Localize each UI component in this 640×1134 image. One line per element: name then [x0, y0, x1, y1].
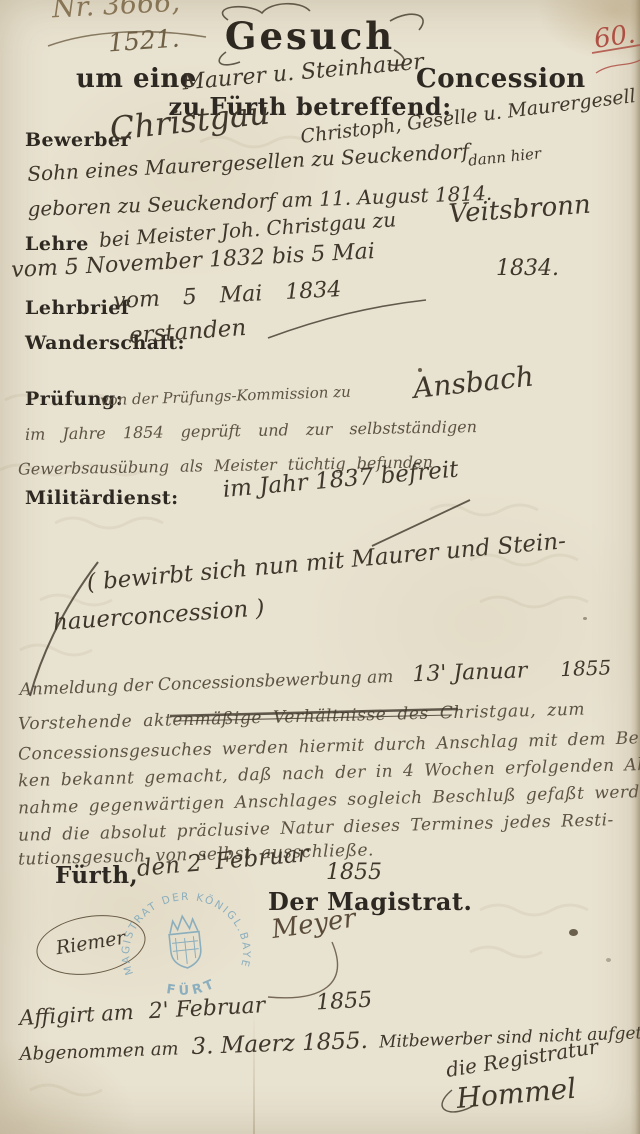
announcement-body-line: Vorstehende aktenmäßige Verhältnisse des…: [18, 700, 586, 735]
issue-year: 1855: [326, 860, 382, 885]
label-militaerdienst: Militärdienst:: [25, 487, 179, 509]
affixed-date: 2' Februar: [148, 993, 266, 1024]
applicant-surname: Christgau: [108, 93, 271, 148]
announcement-year: 1855: [560, 655, 612, 681]
lehre-period-year: 1834.: [496, 256, 559, 281]
pruefung-place: Ansbach: [412, 360, 536, 405]
ink-spot: [569, 929, 578, 936]
folio-mark: 60.: [592, 19, 637, 54]
ink-spot: [418, 368, 422, 372]
announcement-date: 13' Januar: [412, 658, 528, 687]
stamp-coat-of-arms: [167, 915, 202, 970]
removed-label: Abgenommen am: [19, 1038, 179, 1065]
announcement-registration: Anmeldung der Concessionsbewerbung am: [19, 667, 393, 700]
lehrbrief-date: vom 5 Mai 1834: [113, 277, 342, 314]
note-line2: hauerconcession ): [52, 595, 265, 636]
ink-spot: [606, 958, 611, 962]
applicant-origin-superscript: dann hier: [467, 144, 542, 170]
affixed-year: 1855: [316, 988, 373, 1016]
pruefung-line2: im Jahre 1854 geprüft und zur selbststän…: [25, 417, 477, 444]
ink-spot: [583, 617, 587, 620]
pruefung-commission: von der Prüfungs-Kommission zu: [100, 383, 351, 410]
registrar-signature: Hommel: [455, 1072, 577, 1115]
paper-crease: [253, 1010, 255, 1134]
document-page: Nr. 3666, 1521. Gesuch 60. um eine Maure…: [0, 0, 640, 1134]
affixed-label: Affigirt am: [19, 1000, 135, 1030]
wanderschaft-value: erstanden: [128, 315, 247, 349]
removed-date: 3. Maerz 1855.: [191, 1028, 368, 1060]
issue-place: Fürth,: [55, 862, 138, 889]
label-lehre: Lehre: [25, 233, 89, 255]
note-line1: ( bewirbt sich nun mit Maurer und Stein-: [86, 528, 567, 596]
subtitle-prefix: um eine: [76, 64, 197, 94]
subtitle-suffix: Concession: [416, 64, 586, 94]
